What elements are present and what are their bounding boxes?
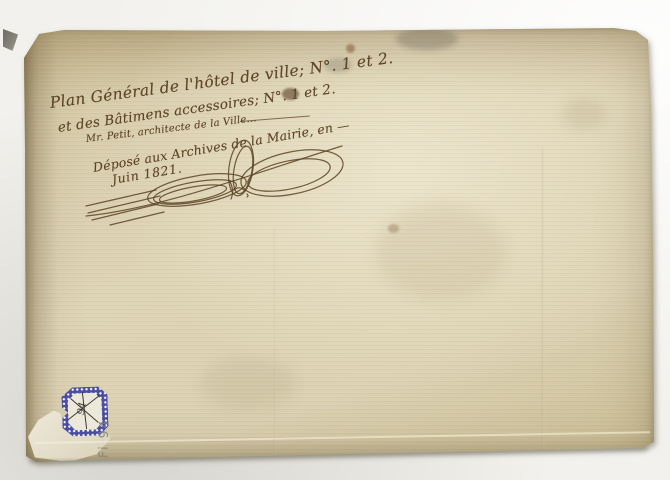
document-paper: Plan Général de l'hôtel de ville; N°. 1 …	[24, 28, 654, 462]
stamp-notch	[61, 407, 68, 419]
stain	[562, 98, 606, 130]
paper-wrap: Plan Général de l'hôtel de ville; N°. 1 …	[0, 0, 670, 480]
stain	[396, 28, 458, 50]
scan-background: Plan Général de l'hôtel de ville; N°. 1 …	[0, 0, 670, 480]
stamp-number: 94	[76, 401, 89, 415]
stain	[200, 358, 295, 410]
paper-crease	[274, 228, 276, 454]
paper-crease	[542, 148, 544, 448]
stain	[376, 204, 506, 299]
signature-flourish	[84, 128, 384, 258]
shelfmark-pencil-note: 7 Fi 94	[95, 380, 112, 474]
stain	[346, 44, 355, 53]
stain	[388, 224, 399, 233]
